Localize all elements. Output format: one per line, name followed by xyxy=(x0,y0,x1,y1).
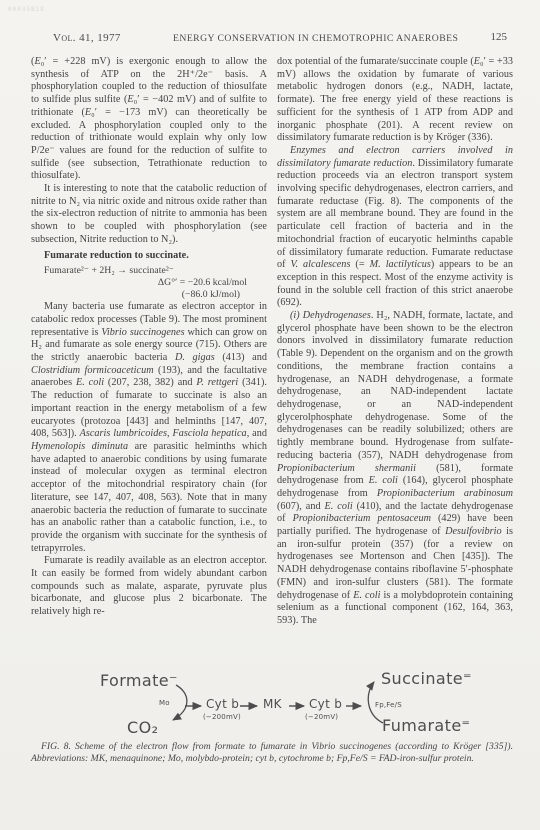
paragraph: Many bacteria use fumarate as electron a… xyxy=(31,301,267,555)
right-column: dox potential of the fumarate/succinate … xyxy=(277,56,513,666)
journal-page-scan: 00035818 Vol. 41, 1977 ENERGY CONSERVATI… xyxy=(0,0,540,830)
volume-label: Vol. 41, 1977 xyxy=(53,32,121,44)
page-header: Vol. 41, 1977 ENERGY CONSERVATION IN CHE… xyxy=(31,31,513,46)
paragraph: It is interesting to note that the catab… xyxy=(31,183,267,247)
cytochrome-b2-label: Cyt b xyxy=(309,697,342,711)
potential-2-label: (−20mV) xyxy=(305,713,338,721)
paragraph: (E₀′ = +228 mV) is exergonic enough to a… xyxy=(31,56,267,183)
co2-label: CO₂ xyxy=(127,718,158,737)
fp-fes-label: Fp,Fe/S xyxy=(375,701,402,709)
potential-1-label: (−200mV) xyxy=(203,713,241,721)
paragraph: (i) Dehydrogenases. H₂, NADH, formate, l… xyxy=(277,310,513,628)
menaquinone-label: MK xyxy=(263,697,282,711)
section-heading: Fumarate reduction to succinate. xyxy=(31,250,267,263)
running-title: ENERGY CONSERVATION IN CHEMOTROPHIC ANAE… xyxy=(173,33,458,44)
figure-8-diagram: Formate⁻ CO₂ Mo Cyt b (−200mV) MK Cyt b … xyxy=(0,664,540,742)
succinate-label: Succinate⁼ xyxy=(381,669,472,688)
reaction-equation: Fumarate²⁻ + 2H₂ → succinate²⁻ xyxy=(31,265,267,277)
paragraph: Enzymes and electron carriers involved i… xyxy=(277,145,513,310)
paragraph: dox potential of the fumarate/succinate … xyxy=(277,56,513,145)
page-number: 125 xyxy=(491,31,508,43)
formate-label: Formate⁻ xyxy=(100,671,178,690)
cytochrome-b1-label: Cyt b xyxy=(206,697,239,711)
left-column: (E₀′ = +228 mV) is exergonic enough to a… xyxy=(31,56,267,666)
body-text: (E₀′ = +228 mV) is exergonic enough to a… xyxy=(31,56,513,666)
delta-g-kj: (−86.0 kJ/mol) xyxy=(31,289,267,301)
fumarate-label: Fumarate⁼ xyxy=(382,716,470,735)
scan-watermark: 00035818 xyxy=(8,6,45,13)
mo-label: Mo xyxy=(159,699,170,707)
paragraph: Fumarate is readily available as an elec… xyxy=(31,555,267,619)
figure-caption: FIG. 8. Scheme of the electron flow from… xyxy=(31,741,513,764)
delta-g-kcal: ΔG°′ = −20.6 kcal/mol xyxy=(31,277,267,289)
